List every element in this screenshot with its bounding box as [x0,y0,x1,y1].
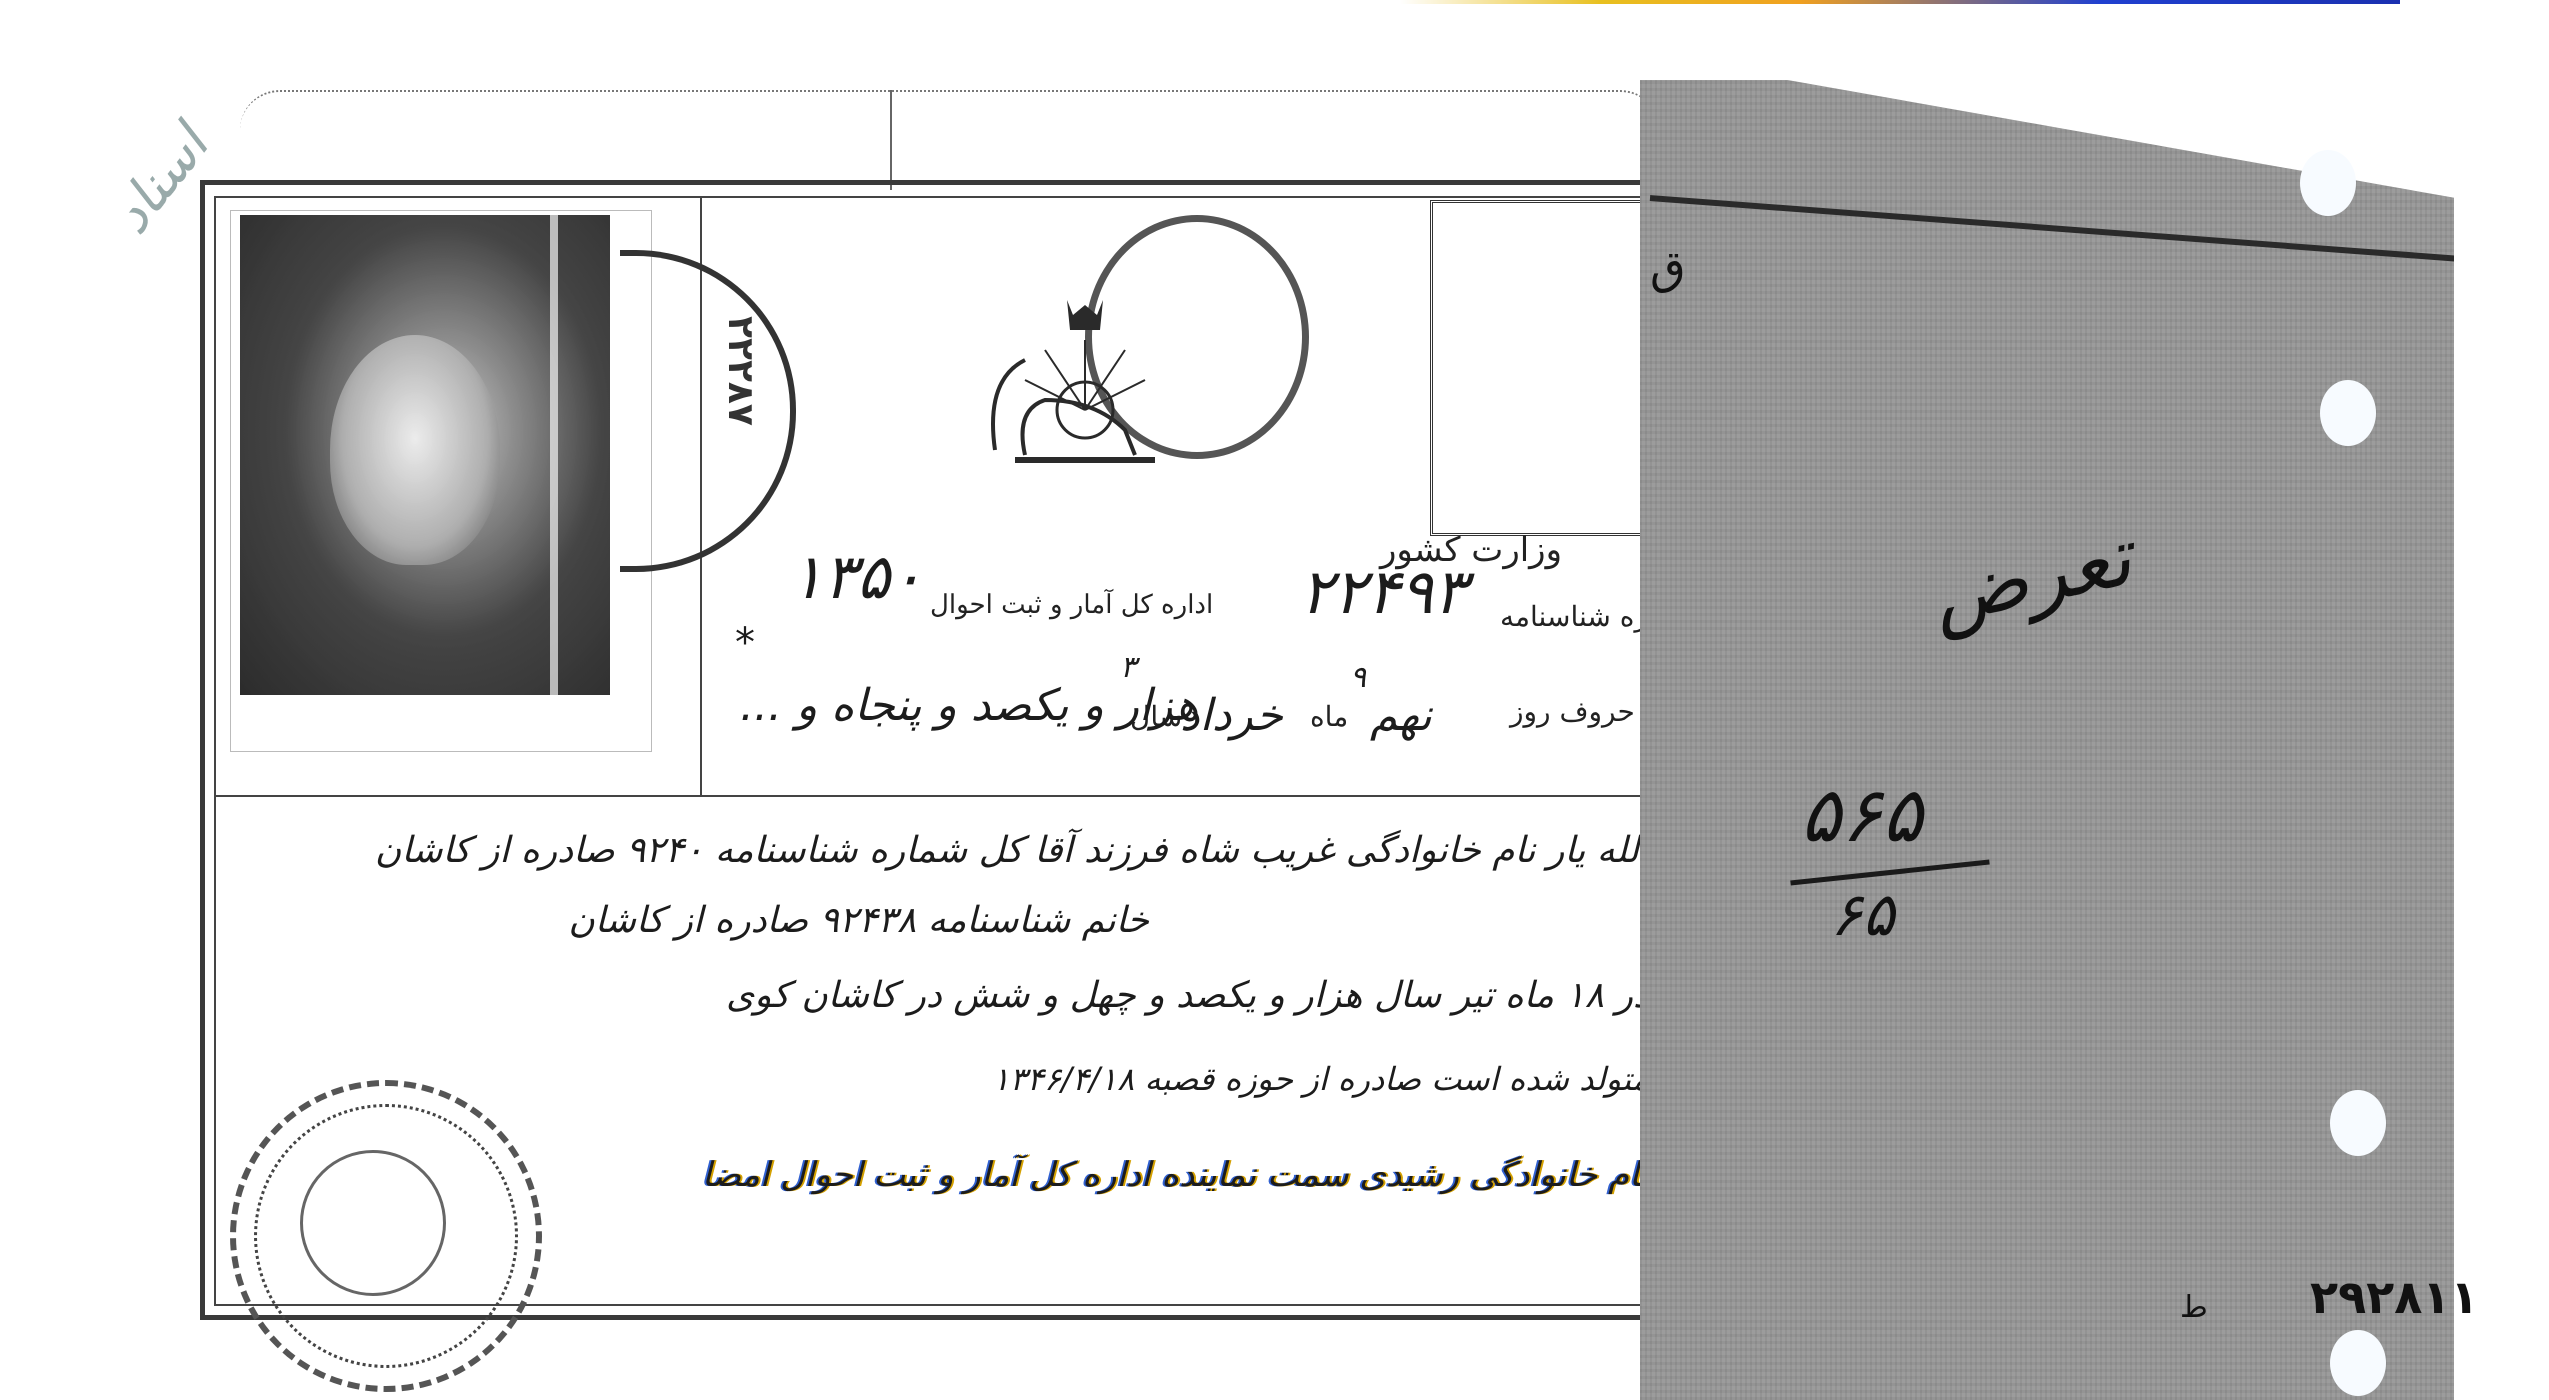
scan-color-strip [1400,0,2400,4]
asterisk-mark: * [735,620,755,666]
bottom-inner-seal [300,1150,446,1296]
department-title: اداره کل آمار و ثبت احوال [930,590,1213,620]
serial-number: ۲۹۲۸۱۱ [2310,1270,2478,1324]
punch-hole [2330,1330,2386,1396]
punch-hole [2320,380,2376,446]
punch-hole [2330,1090,2386,1156]
birth-year-words: هزار و یکصد و پنجاه و ... [740,680,1199,731]
circled-mark: ق [1650,240,1686,294]
overlapped-page [1640,80,2460,1400]
row-registration: متولد شده است صادره از حوزه قصبه ۱۳۴۶/۴/… [992,1060,1649,1098]
certificate-number: ۲۲۴۹۳ [1300,555,1467,628]
row-mother: خانم شناسنامه ۹۲۴۳۸ صادره از کاشان [568,900,1149,941]
photo-stamp-number: ۲۲۲۸۷ [720,316,761,426]
photo-crease [550,215,558,695]
photo-face [330,335,500,565]
page-fold-notch [890,90,892,190]
page-top-edge [240,90,1660,182]
note-number-bottom: ۶۵ [1830,880,1894,950]
lion-and-sun-emblem [955,260,1185,480]
note-number-top: ۵۶۵ [1800,770,1922,859]
row-birth: در ۱۸ ماه تیر سال هزار و یکصد و چهل و شش… [726,975,1649,1016]
issue-year: ۱۳۵۰ [790,540,923,613]
row-holder: الله یار نام خانوادگی غریب شاه فرزند آقا… [375,830,1649,871]
birth-day-words: نهم [1370,690,1432,741]
holder-photo [240,215,610,695]
punch-hole [2300,150,2356,216]
right-paper-edge [2454,0,2549,1400]
birth-day-digit: ۹ [1350,660,1366,695]
header-divider [214,795,1660,797]
row-surname-change: نام خانوادگی رشیدی سمت نماینده اداره کل … [702,1155,1649,1195]
month-label: ماه [1310,700,1348,733]
serial-prefix: ط [2180,1290,2208,1325]
